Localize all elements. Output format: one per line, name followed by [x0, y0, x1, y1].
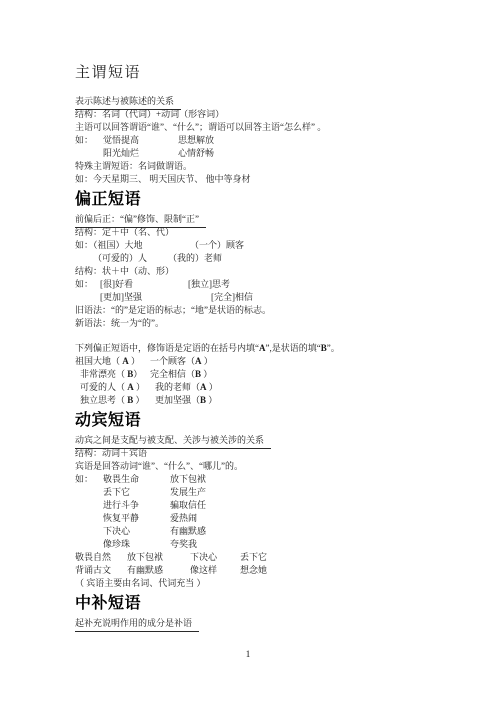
doc-col: 丢下它: [240, 551, 267, 564]
doc-col: 放下包袱: [170, 473, 206, 486]
doc-col: 恢复平静: [103, 512, 139, 525]
doc-line: 结构：定＋中（名、代）: [75, 226, 475, 239]
doc-line: 旧语法：“的”是定语的标志；“地”是状语的标志。: [75, 304, 475, 317]
underlined-line: 动宾之间是支配与被支配、关涉与被关涉的关系: [75, 434, 475, 447]
doc-col: 骗取信任: [170, 499, 206, 512]
document-content: 主谓短语表示陈述与被陈述的关系结构：名词（代词）+动词（形容词）主语可以回答谓语…: [75, 66, 475, 630]
doc-col: 独立思考（ B ）: [80, 394, 145, 407]
doc-col: （我的）老师: [168, 252, 222, 265]
doc-line: [更加]坚强[完全]相信: [75, 291, 475, 304]
doc-line: 祖国大地（ A ）一个顾客（A ）: [75, 355, 475, 368]
doc-col: 祖国大地（ A ）: [75, 355, 140, 368]
doc-col: 有幽默感: [127, 564, 163, 577]
doc-line: 如：今天星期三、 明天国庆节、 他中等身材: [75, 173, 475, 186]
doc-line: 像珍珠夸奖我: [75, 538, 475, 551]
underlined-line: 起补充说明作用的成分是补语: [75, 617, 475, 630]
doc-col: [完全]相信: [211, 291, 253, 304]
doc-col: [独立]思考: [188, 278, 230, 291]
doc-line: 非常漂亮（ B）完全相信（B ）: [75, 368, 475, 381]
doc-line: 背诵古文有幽默感像这样想念她: [75, 564, 475, 577]
doc-col: 如：（祖国）大地: [75, 239, 143, 252]
doc-line: 进行斗争骗取信任: [75, 499, 475, 512]
section-heading: 动宾短语: [75, 412, 475, 429]
doc-col: 爱热闹: [170, 512, 197, 525]
doc-line: 恢复平静爱热闹: [75, 512, 475, 525]
section-heading: 中补短语: [75, 595, 475, 612]
doc-col: 觉悟提高: [103, 134, 139, 147]
doc-col: 进行斗争: [103, 499, 139, 512]
doc-col: （一个）顾客: [190, 239, 244, 252]
page-number: 1: [0, 649, 496, 659]
doc-line: 特殊主谓短语：名词做谓语。: [75, 160, 475, 173]
doc-col: 更加坚强（B ）: [155, 394, 217, 407]
doc-col: 背诵古文: [75, 564, 111, 577]
doc-line: 新语法：统一为“的”。: [75, 317, 475, 330]
doc-col: 如：: [75, 134, 93, 147]
doc-line: 主语可以回答谓语“谁”、“什么”；谓语可以回答主语“怎么样” 。: [75, 121, 475, 134]
doc-line: 如：[很]好看[独立]思考: [75, 278, 475, 291]
underlined-line: 前偏后正：“偏”修饰、限制“正”: [75, 213, 475, 226]
doc-col: 像珍珠: [103, 538, 130, 551]
blank-line: [75, 330, 475, 342]
doc-line: 如：（祖国）大地（一个）顾客: [75, 239, 475, 252]
doc-col: [更加]坚强: [100, 291, 142, 304]
doc-col: 下决心: [103, 525, 130, 538]
doc-col: 如：: [75, 278, 93, 291]
doc-col: 可爱的人（ A ）: [80, 381, 145, 394]
doc-col: 非常漂亮（ B）: [80, 368, 142, 381]
doc-line: 下列偏正短语中，修饰语是定语的在括号内填“A”,是状语的填“B”。: [75, 342, 475, 355]
doc-col: 我的老师（A ）: [155, 381, 218, 394]
doc-line: 独立思考（ B ）更加坚强（B ）: [75, 394, 475, 407]
doc-col: 敬畏自然: [75, 551, 111, 564]
doc-col: （可爱的）人: [93, 252, 147, 265]
doc-line: 丢下它发展生产: [75, 486, 475, 499]
doc-col: 发展生产: [170, 486, 206, 499]
doc-line: （ 宾语主要由名词、代词充当 ）: [75, 577, 475, 590]
doc-col: 夸奖我: [170, 538, 197, 551]
doc-col: 下决心: [190, 551, 217, 564]
doc-col: 一个顾客（A ）: [150, 355, 213, 368]
doc-line: 宾语是回答动词“谁”、“什么”、“哪儿”的。: [75, 460, 475, 473]
doc-col: 放下包袱: [127, 551, 163, 564]
doc-line: 可爱的人（ A ）我的老师（A ）: [75, 381, 475, 394]
doc-col: 丢下它: [103, 486, 130, 499]
doc-line: 如：敬畏生命放下包袱: [75, 473, 475, 486]
doc-line: 敬畏自然放下包袱下决心丢下它: [75, 551, 475, 564]
underlined-line: 表示陈述与被陈述的关系: [75, 95, 475, 108]
doc-line: 结构：状＋中（动、形）: [75, 265, 475, 278]
underlined-text: 起补充说明作用的成分是补语: [75, 617, 199, 632]
doc-line: 结构：名词（代词）+动词（形容词）: [75, 108, 475, 121]
doc-line: 阳光灿烂心情舒畅: [75, 147, 475, 160]
doc-col: 想念她: [240, 564, 267, 577]
doc-col: 有幽默感: [170, 525, 206, 538]
doc-col: 如：: [75, 473, 93, 486]
doc-title: 主谓短语: [75, 66, 475, 81]
doc-col: 阳光灿烂: [103, 147, 139, 160]
doc-line: （可爱的）人（我的）老师: [75, 252, 475, 265]
doc-line: 结构：动词＋宾语: [75, 447, 475, 460]
document-page: 主谓短语表示陈述与被陈述的关系结构：名词（代词）+动词（形容词）主语可以回答谓语…: [0, 0, 496, 702]
doc-line: 下决心有幽默感: [75, 525, 475, 538]
doc-col: [很]好看: [100, 278, 133, 291]
doc-col: 心情舒畅: [178, 147, 214, 160]
doc-col: 完全相信（B ）: [150, 368, 212, 381]
doc-line: 如：觉悟提高思想解放: [75, 134, 475, 147]
section-heading: 偏正短语: [75, 191, 475, 208]
doc-col: 敬畏生命: [103, 473, 139, 486]
doc-col: 思想解放: [178, 134, 214, 147]
doc-col: 像这样: [190, 564, 217, 577]
